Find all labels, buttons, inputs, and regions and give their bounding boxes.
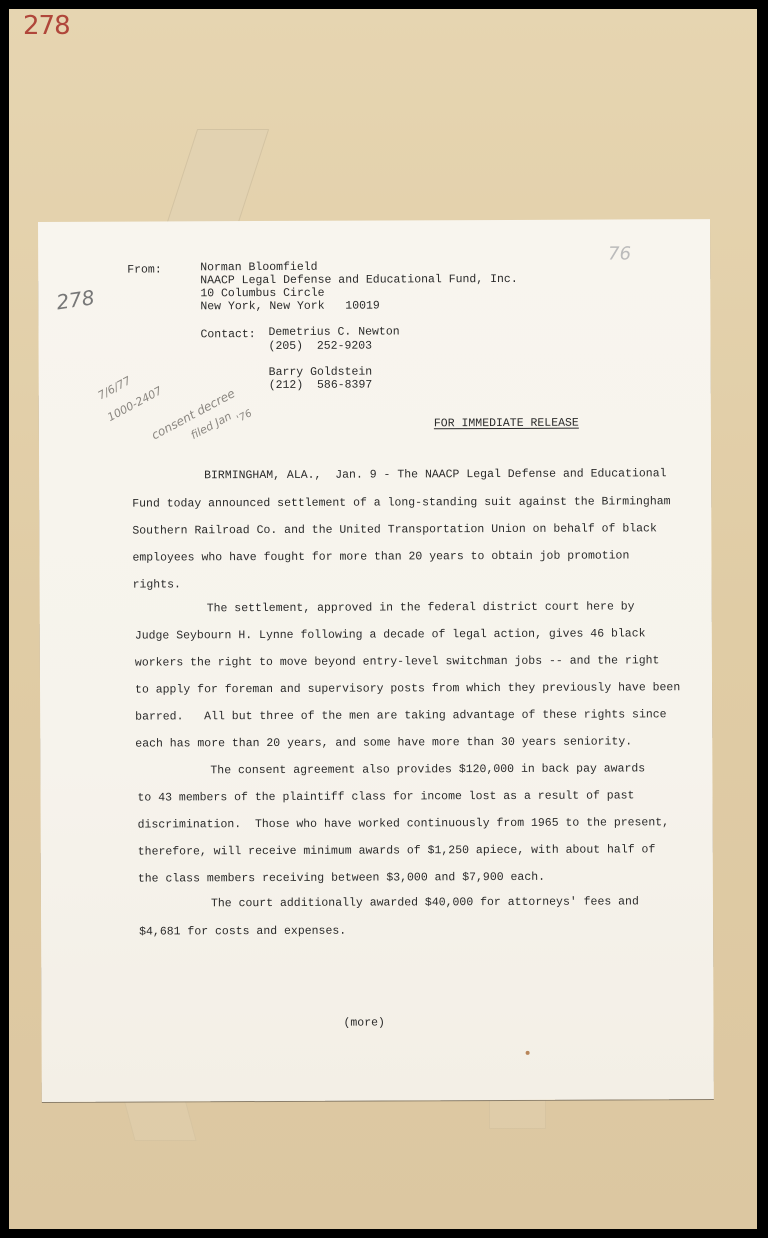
body-line: The court additionally awarded $40,000 f… (211, 895, 639, 910)
body-line: the class members receiving between $3,0… (138, 871, 545, 886)
pencil-note-date: 7/6/77 (96, 374, 133, 402)
tape-bottom-left (123, 1099, 196, 1141)
contact-1-name: Demetrius C. Newton (268, 325, 399, 339)
body-line: workers the right to move beyond entry-l… (135, 654, 660, 669)
contact-2-phone: (212) 586-8397 (269, 379, 373, 392)
body-line: The settlement, approved in the federal … (207, 600, 635, 615)
pencil-note-year: '76 (235, 408, 254, 425)
from-name: Norman Bloomfield (200, 261, 317, 275)
handwritten-page-number: 278 (23, 11, 70, 41)
from-org: NAACP Legal Defense and Educational Fund… (200, 273, 518, 287)
contact-label: Contact: (200, 328, 255, 341)
body-line: Southern Railroad Co. and the United Tra… (132, 522, 657, 537)
body-line: $4,681 for costs and expenses. (139, 925, 346, 939)
from-street: 10 Columbus Circle (200, 287, 324, 301)
body-line: to 43 members of the plaintiff class for… (137, 789, 634, 804)
stain-dot (526, 1051, 530, 1055)
body-line: The consent agreement also provides $120… (210, 762, 645, 777)
body-line: barred. All but three of the men are tak… (135, 708, 666, 723)
press-release-sheet: 278 76 7/6/77 1000-2407 consent decree f… (38, 219, 714, 1102)
body-line: discrimination. Those who have worked co… (138, 816, 669, 831)
contact-1-phone: (205) 252-9203 (269, 340, 373, 353)
body-line: Judge Seybourn H. Lynne following a deca… (135, 627, 646, 642)
contact-2-name: Barry Goldstein (269, 366, 373, 379)
top-right-mark: 76 (608, 243, 631, 264)
body-line: employees who have fought for more than … (132, 549, 629, 564)
body-line: therefore, will receive minimum awards o… (138, 843, 656, 858)
body-line: each has more than 20 years, and some ha… (135, 735, 632, 750)
tape-bottom-right (489, 1099, 546, 1129)
from-label: From: (127, 263, 162, 276)
release-heading: FOR IMMEDIATE RELEASE (434, 417, 579, 431)
body-line: rights. (133, 578, 181, 591)
body-line: to apply for foreman and supervisory pos… (135, 681, 680, 696)
body-line: BIRMINGHAM, ALA., Jan. 9 - The NAACP Leg… (204, 467, 666, 482)
sheet-margin-number: 278 (55, 285, 96, 314)
more-marker: (more) (343, 1016, 384, 1029)
from-city: New York, New York 10019 (200, 300, 379, 314)
body-line: Fund today announced settlement of a lon… (132, 495, 670, 510)
